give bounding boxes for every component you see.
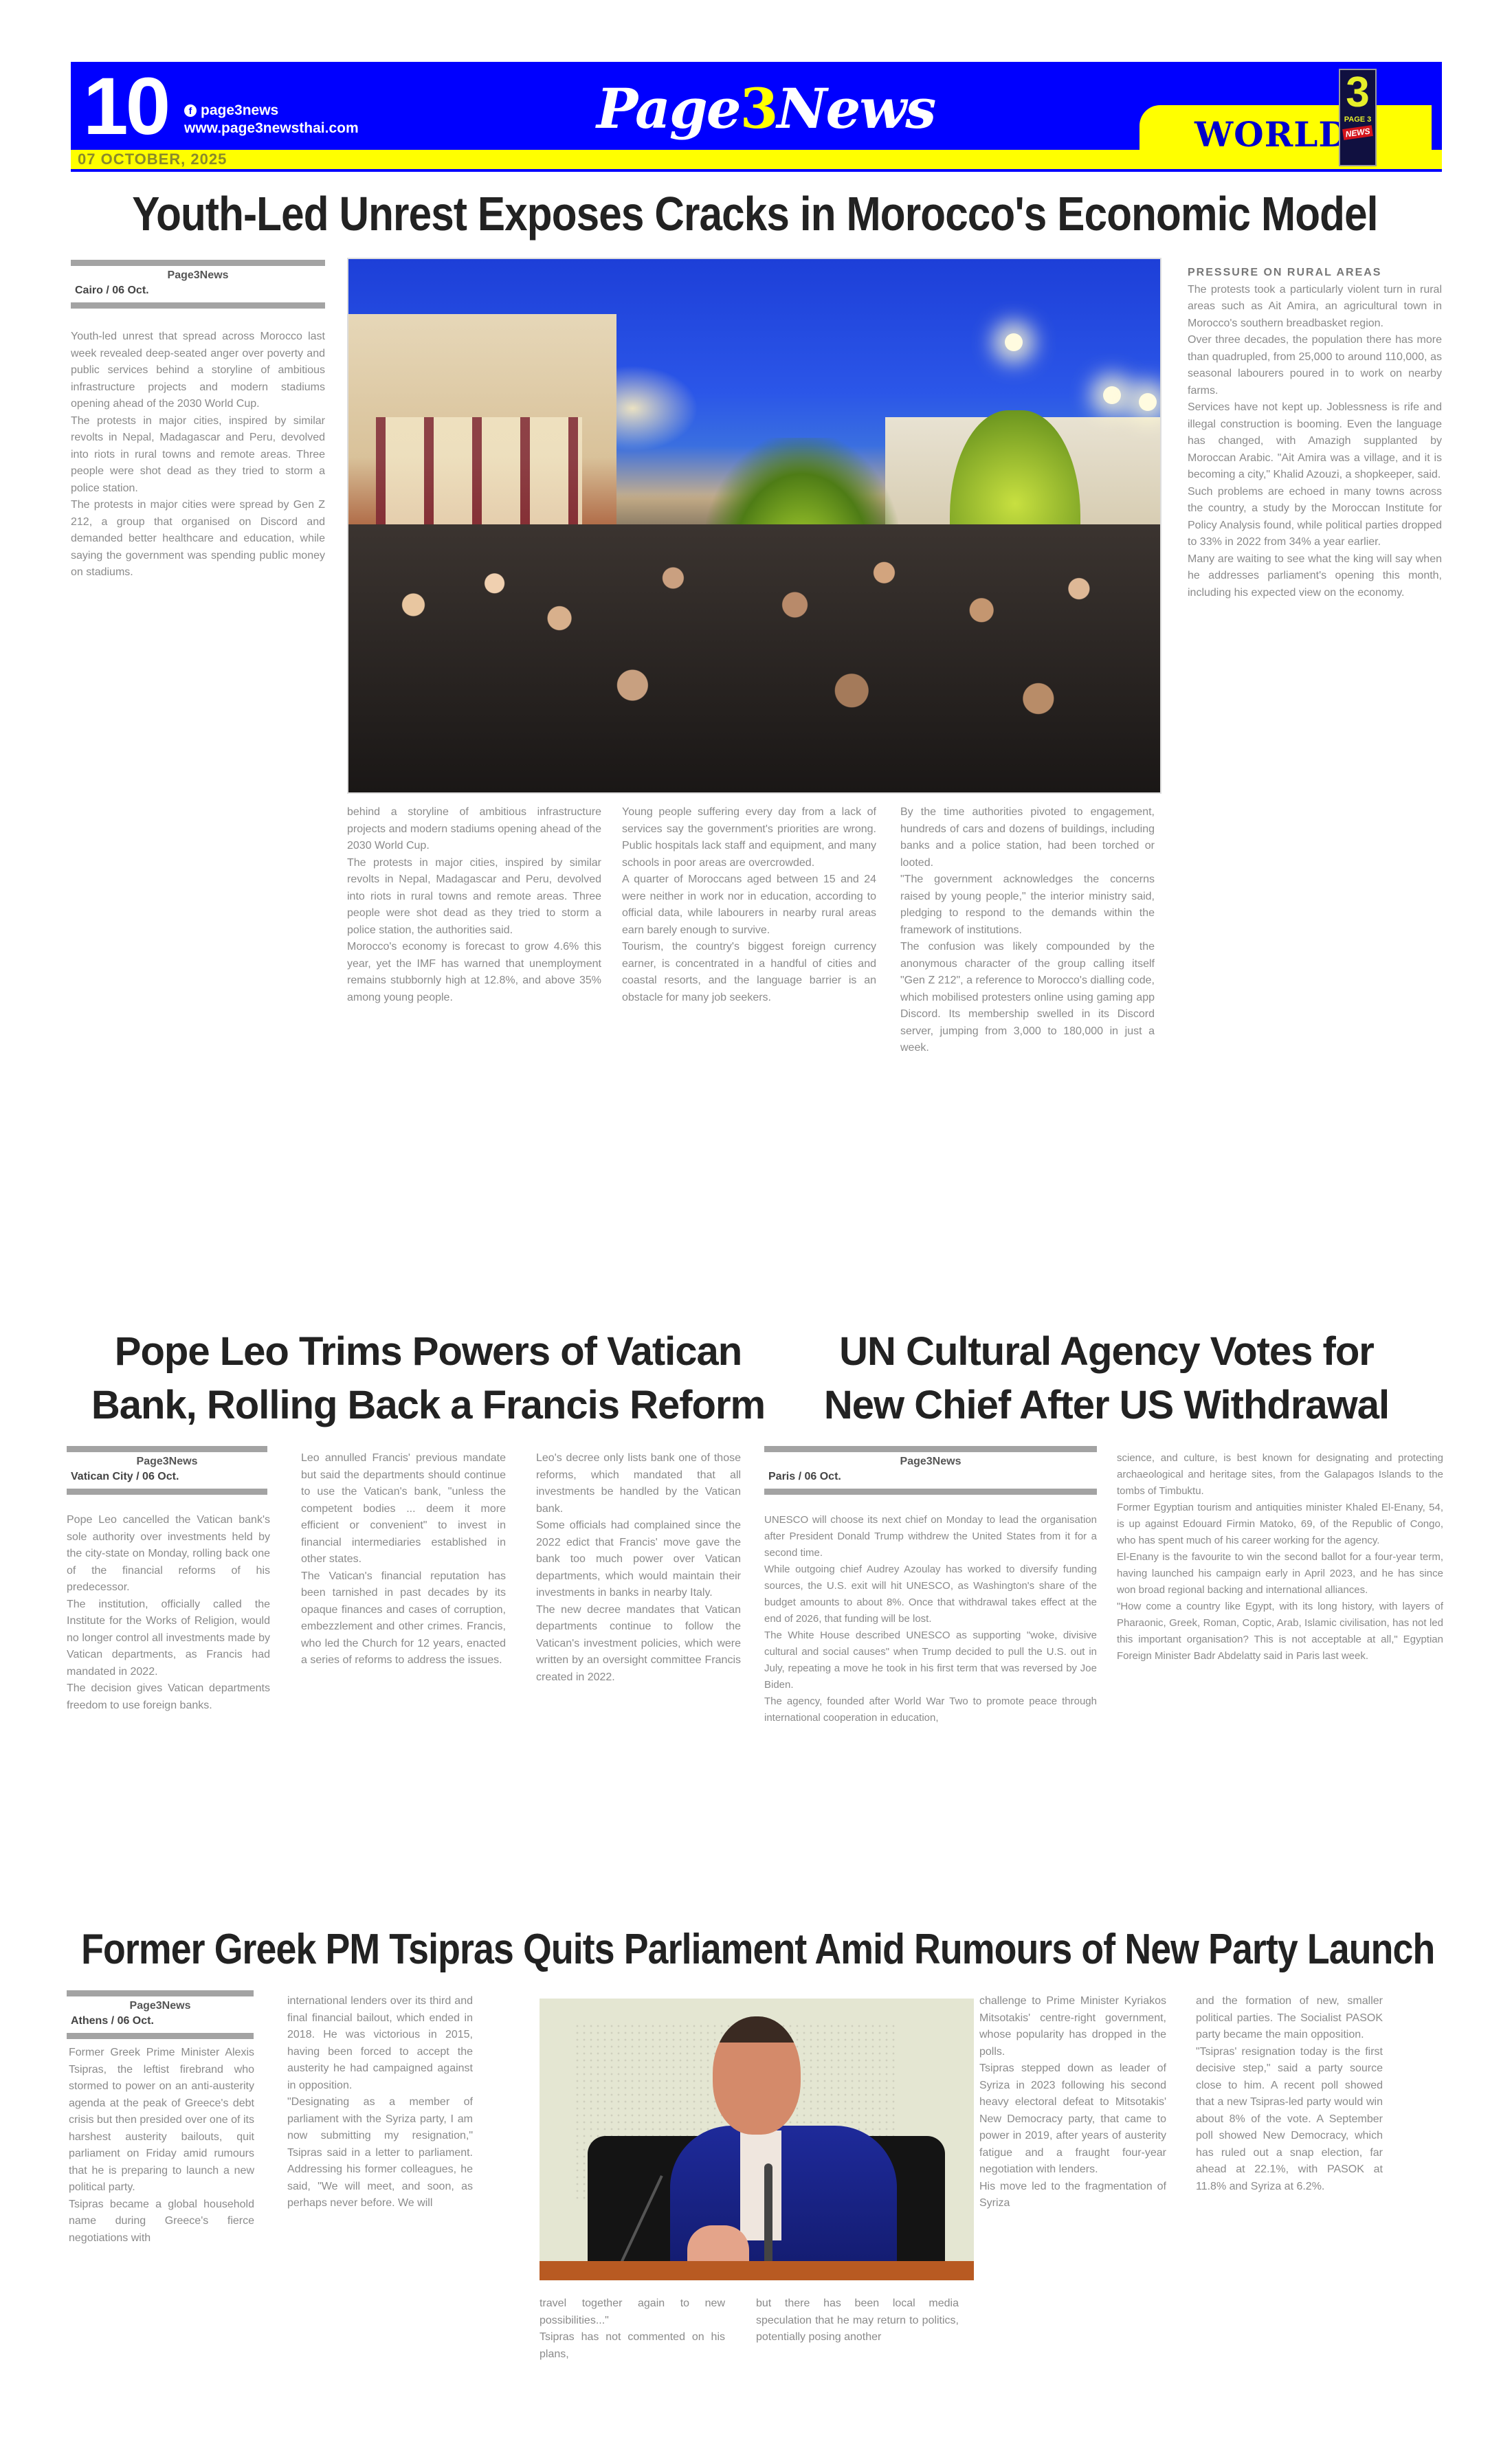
paragraph: The new decree mandates that Vatican dep… [536, 1602, 741, 1687]
byline-agency: Page3News [71, 268, 325, 283]
paragraph: By the time authorities pivoted to engag… [900, 804, 1155, 871]
brand-part1: Page [597, 76, 740, 141]
masthead: 10 fpage3news www.page3newsthai.com 07 O… [71, 62, 1442, 172]
paragraph: Tsipras has not commented on his plans, [540, 2329, 725, 2363]
byline-rule [67, 1990, 254, 1996]
unesco-headline-line1: UN Cultural Agency Votes for [783, 1325, 1430, 1379]
paragraph: "How come a country like Egypt, with its… [1117, 1599, 1443, 1665]
unesco-byline: Page3News Paris / 06 Oct. [764, 1446, 1097, 1495]
byline-place: Vatican City / 06 Oct. [67, 1469, 267, 1484]
paragraph: science, and culture, is best known for … [1117, 1450, 1443, 1500]
paragraph: Some officials had complained since the … [536, 1517, 741, 1602]
photo-lamp [1005, 333, 1023, 351]
paragraph: Tourism, the country's biggest foreign c… [622, 939, 876, 1006]
paragraph: The decision gives Vatican departments f… [67, 1680, 270, 1714]
vatican-column-3: Leo's decree only lists bank one of thos… [536, 1450, 741, 1883]
greece-headline: Former Greek PM Tsipras Quits Parliament… [74, 1923, 1442, 1977]
vatican-headline: Pope Leo Trims Powers of Vatican Bank, R… [81, 1325, 775, 1432]
greece-column-1: Former Greek Prime Minister Alexis Tsipr… [69, 2045, 254, 2374]
byline-rule [764, 1489, 1097, 1495]
greece-column-3: travel together again to new possibiliti… [540, 2295, 725, 2378]
unesco-headline-line2: New Chief After US Withdrawal [783, 1379, 1430, 1432]
page3-badge-icon: 3 PAGE 3 NEWS [1339, 69, 1377, 166]
paragraph: behind a storyline of ambitious infrastr… [347, 804, 601, 855]
paragraph: and the formation of new, smaller politi… [1196, 1993, 1383, 2044]
byline-place: Cairo / 06 Oct. [71, 283, 325, 298]
paragraph: His move led to the fragmentation of Syr… [979, 2179, 1166, 2212]
paragraph: but there has been local media speculati… [756, 2295, 959, 2346]
paragraph: El-Enany is the favourite to win the sec… [1117, 1549, 1443, 1599]
paragraph: Leo's decree only lists bank one of thos… [536, 1450, 741, 1517]
paragraph: Over three decades, the population there… [1188, 332, 1442, 399]
byline-agency: Page3News [67, 1454, 267, 1469]
morocco-column-3: Young people suffering every day from a … [622, 804, 876, 1320]
morocco-protest-photo [347, 258, 1161, 794]
paragraph: international lenders over its third and… [287, 1993, 473, 2094]
badge-line1: PAGE 3 [1340, 115, 1375, 124]
website-link[interactable]: www.page3newsthai.com [184, 120, 359, 137]
morocco-headline: Youth-Led Unrest Exposes Cracks in Moroc… [81, 186, 1429, 242]
unesco-column-2: science, and culture, is best known for … [1117, 1450, 1443, 1883]
morocco-column-1: Youth-led unrest that spread across Moro… [71, 329, 325, 1318]
paragraph: The agency, founded after World War Two … [764, 1693, 1097, 1726]
byline-rule [67, 1446, 267, 1452]
byline-agency: Page3News [67, 1999, 254, 2014]
morocco-byline: Page3News Cairo / 06 Oct. [71, 260, 325, 309]
paragraph: The protests in major cities were spread… [71, 497, 325, 581]
morocco-column-4: By the time authorities pivoted to engag… [900, 804, 1155, 1320]
paragraph: Many are waiting to see what the king wi… [1188, 551, 1442, 602]
paragraph: "Tsipras' resignation today is the first… [1196, 2044, 1383, 2196]
paragraph: The protests in major cities, inspired b… [347, 855, 601, 939]
paragraph: Such problems are echoed in many towns a… [1188, 484, 1442, 551]
photo-desk [540, 2261, 974, 2280]
paragraph: A quarter of Moroccans aged between 15 a… [622, 871, 876, 939]
vatican-column-1: Pope Leo cancelled the Vatican bank's so… [67, 1512, 270, 1883]
paragraph: The protests in major cities, inspired b… [71, 413, 325, 498]
tsipras-photo [540, 1999, 974, 2280]
unesco-column-1: UNESCO will choose its next chief on Mon… [764, 1512, 1097, 1883]
paragraph: "Designating as a member of parliament w… [287, 2094, 473, 2212]
paragraph: The institution, officially called the I… [67, 1596, 270, 1681]
vatican-byline: Page3News Vatican City / 06 Oct. [67, 1446, 267, 1495]
paragraph: While outgoing chief Audrey Azoulay has … [764, 1561, 1097, 1627]
vatican-headline-line1: Pope Leo Trims Powers of Vatican [81, 1325, 775, 1379]
badge-number: 3 [1340, 70, 1375, 115]
byline-rule [764, 1446, 1097, 1452]
paragraph: challenge to Prime Minister Kyriakos Mit… [979, 1993, 1166, 2060]
paragraph: Tsipras stepped down as leader of Syriza… [979, 2060, 1166, 2179]
section-label: WORLD [1194, 114, 1349, 155]
paragraph: The White House described UNESCO as supp… [764, 1627, 1097, 1693]
byline-rule [71, 302, 325, 309]
morocco-column-5: PRESSURE ON RURAL AREAS The protests too… [1188, 265, 1442, 1320]
paragraph: Morocco's economy is forecast to grow 4.… [347, 939, 601, 1006]
page-number: 10 [83, 66, 168, 147]
byline-agency: Page3News [764, 1454, 1097, 1469]
byline-rule [71, 260, 325, 266]
vatican-column-2: Leo annulled Francis' previous mandate b… [301, 1450, 506, 1883]
masthead-bottom-rule [71, 169, 1442, 172]
subheading: PRESSURE ON RURAL AREAS [1188, 265, 1442, 282]
paragraph: Pope Leo cancelled the Vatican bank's so… [67, 1512, 270, 1596]
paragraph: Young people suffering every day from a … [622, 804, 876, 871]
byline-rule [67, 1489, 267, 1495]
brand-three: 3 [740, 76, 777, 141]
vatican-headline-line2: Bank, Rolling Back a Francis Reform [81, 1379, 775, 1432]
paragraph: Tsipras became a global household name d… [69, 2196, 254, 2247]
morocco-column-2: behind a storyline of ambitious infrastr… [347, 804, 601, 1320]
paragraph: The protests took a particularly violent… [1188, 282, 1442, 333]
greece-byline: Page3News Athens / 06 Oct. [67, 1990, 254, 2039]
byline-place: Athens / 06 Oct. [67, 2014, 254, 2029]
paragraph: Services have not kept up. Joblessness i… [1188, 399, 1442, 484]
unesco-headline: UN Cultural Agency Votes for New Chief A… [783, 1325, 1430, 1432]
brand-logo: Page3News [597, 74, 935, 143]
badge-line2: NEWS [1342, 125, 1373, 140]
facebook-link[interactable]: fpage3news [184, 102, 359, 120]
greece-column-2: international lenders over its third and… [287, 1993, 473, 2374]
photo-head [713, 2016, 801, 2135]
paragraph: Former Greek Prime Minister Alexis Tsipr… [69, 2045, 254, 2196]
brand-part2: News [777, 76, 935, 141]
photo-crowd [348, 524, 1160, 792]
photo-lamp [1139, 393, 1157, 411]
facebook-handle: page3news [201, 102, 278, 118]
greece-column-6: and the formation of new, smaller politi… [1196, 1993, 1383, 2364]
paragraph: Youth-led unrest that spread across Moro… [71, 329, 325, 413]
paragraph: The Vatican's financial reputation has b… [301, 1568, 506, 1669]
paragraph: travel together again to new possibiliti… [540, 2295, 725, 2329]
photo-lamp [1103, 386, 1121, 404]
paragraph: Leo annulled Francis' previous mandate b… [301, 1450, 506, 1568]
paragraph: Former Egyptian tourism and antiquities … [1117, 1500, 1443, 1549]
facebook-icon: f [184, 104, 197, 117]
issue-date: 07 OCTOBER, 2025 [78, 151, 227, 168]
paragraph: The confusion was likely compounded by t… [900, 939, 1155, 1057]
photo-shirt [740, 2130, 781, 2240]
social-links: fpage3news www.page3newsthai.com [184, 102, 359, 137]
paragraph: "The government acknowledges the concern… [900, 871, 1155, 939]
greece-column-5: challenge to Prime Minister Kyriakos Mit… [979, 1993, 1166, 2374]
paragraph: UNESCO will choose its next chief on Mon… [764, 1512, 1097, 1561]
greece-column-4: but there has been local media speculati… [756, 2295, 959, 2378]
byline-place: Paris / 06 Oct. [764, 1469, 1097, 1484]
byline-rule [67, 2033, 254, 2039]
